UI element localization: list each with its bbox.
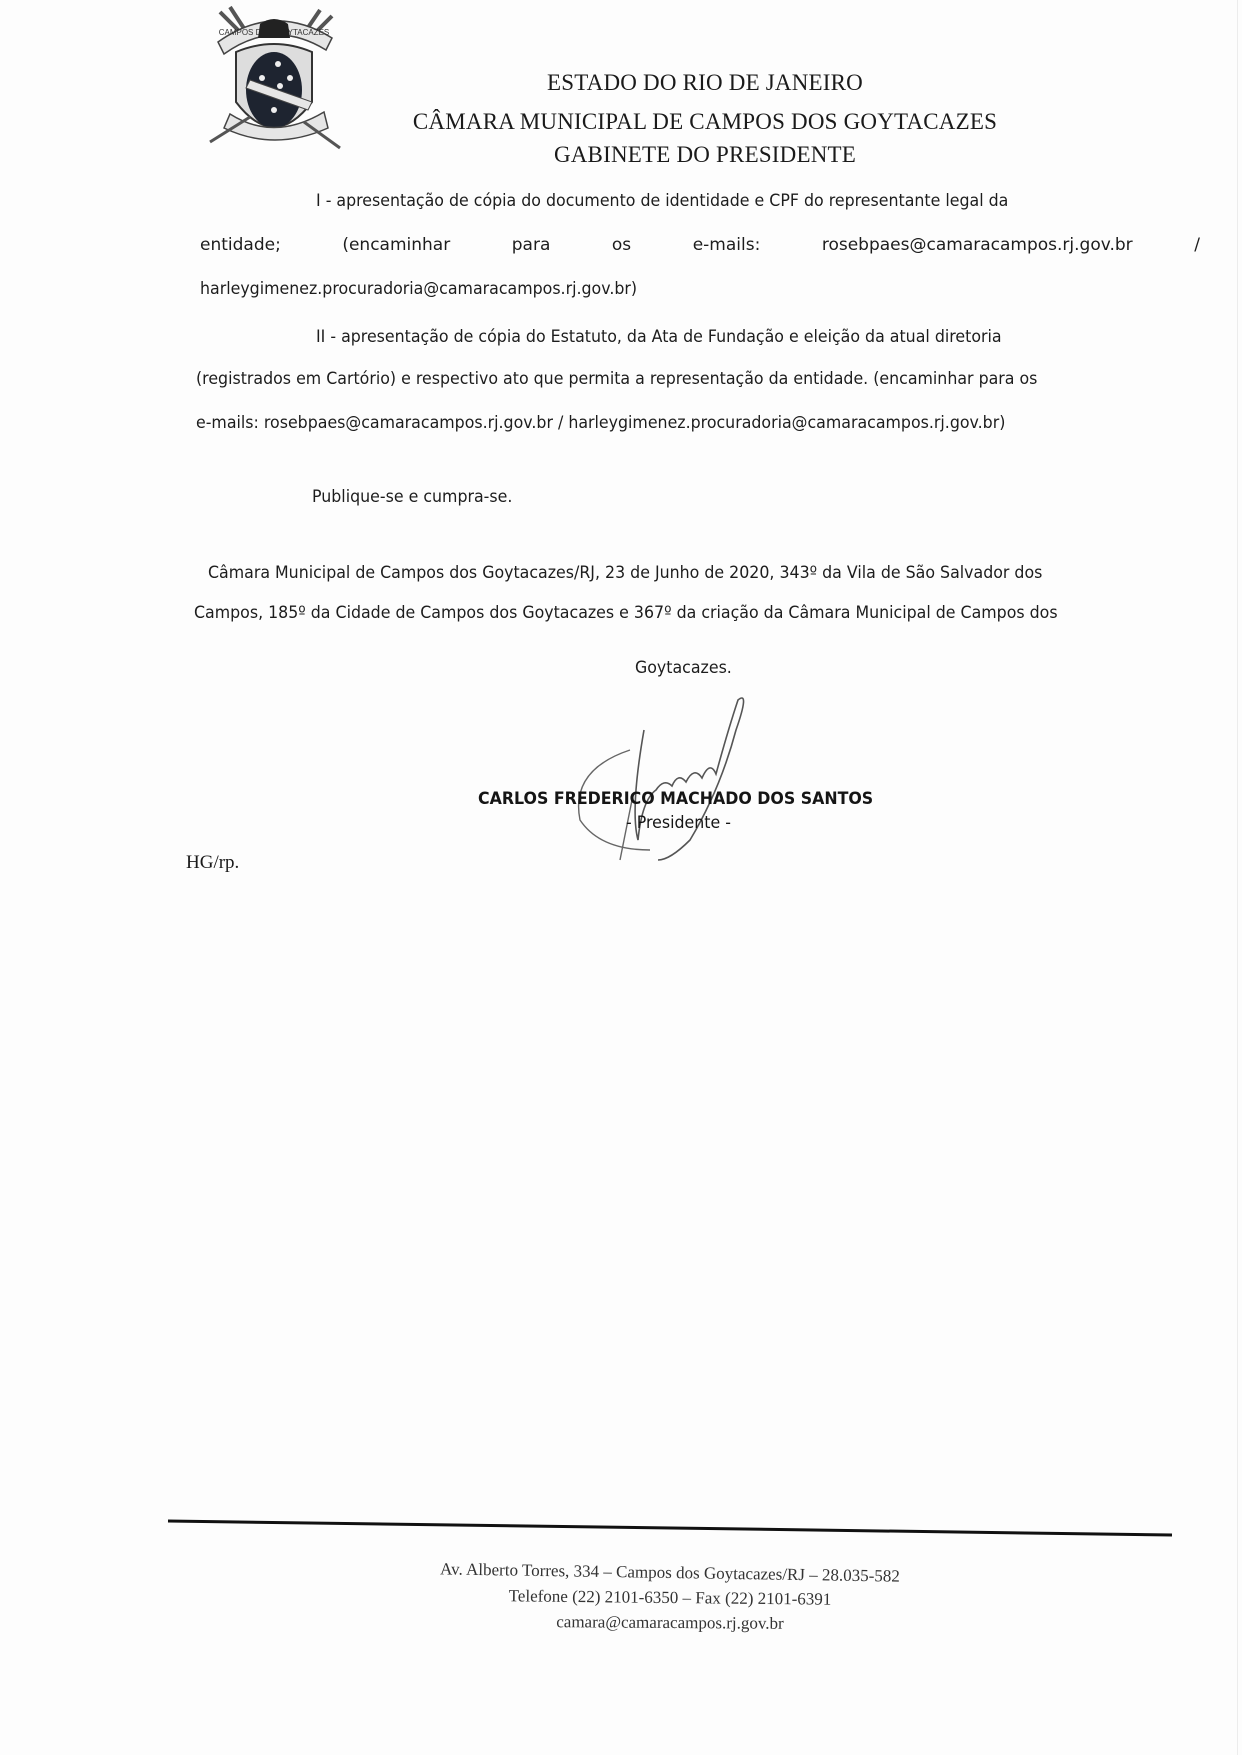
word: para: [512, 235, 551, 255]
dateline-line-1: Câmara Municipal de Campos dos Goytacaze…: [208, 563, 1042, 583]
document-page: CAMPOS DOS GOYTACAZES ESTADO DO RIO DE J…: [0, 0, 1242, 1755]
footer-phone: Telefone (22) 2101-6350 – Fax (22) 2101-…: [370, 1585, 970, 1611]
footer-divider: [160, 1515, 1180, 1545]
handwritten-signature-icon: [560, 690, 780, 865]
item-1-line-3: harleygimenez.procuradoria@camaracampos.…: [200, 279, 637, 299]
footer-email[interactable]: camara@camaracampos.rj.gov.br: [370, 1611, 970, 1635]
signatory-role: - Presidente -: [626, 813, 731, 833]
item-2-line-1: II - apresentação de cópia do Estatuto, …: [316, 327, 1002, 347]
scan-edge: [1237, 0, 1238, 1755]
word: (encaminhar: [342, 235, 450, 255]
item-2-line-3: e-mails: rosebpaes@camaracampos.rj.gov.b…: [196, 413, 1005, 433]
coat-of-arms-icon: CAMPOS DOS GOYTACAZES: [200, 2, 348, 152]
author-initials: HG/rp.: [186, 852, 239, 874]
footer-address: Av. Alberto Torres, 334 – Campos dos Goy…: [370, 1558, 970, 1587]
header-chamber: CÂMARA MUNICIPAL DE CAMPOS DOS GOYTACAZE…: [355, 109, 1055, 135]
word: entidade;: [200, 235, 281, 255]
word: e-mails:: [693, 235, 761, 255]
word: /: [1194, 235, 1200, 255]
word: os: [612, 235, 631, 255]
signatory-name: CARLOS FREDERICO MACHADO DOS SANTOS: [478, 789, 873, 809]
item-2-line-2: (registrados em Cartório) e respectivo a…: [196, 369, 1037, 389]
header-office: GABINETE DO PRESIDENTE: [355, 142, 1055, 168]
item-1-line-1: I - apresentação de cópia do documento d…: [316, 191, 1008, 211]
closing-text: Publique-se e cumpra-se.: [312, 487, 512, 507]
item-1-line-2: entidade; (encaminhar para os e-mails: r…: [200, 235, 1200, 255]
email-link[interactable]: rosebpaes@camaracampos.rj.gov.br: [822, 235, 1133, 255]
dateline-line-2: Campos, 185º da Cidade de Campos dos Goy…: [194, 603, 1058, 623]
dateline-line-3: Goytacazes.: [635, 658, 732, 678]
header-state: ESTADO DO RIO DE JANEIRO: [355, 70, 1055, 96]
